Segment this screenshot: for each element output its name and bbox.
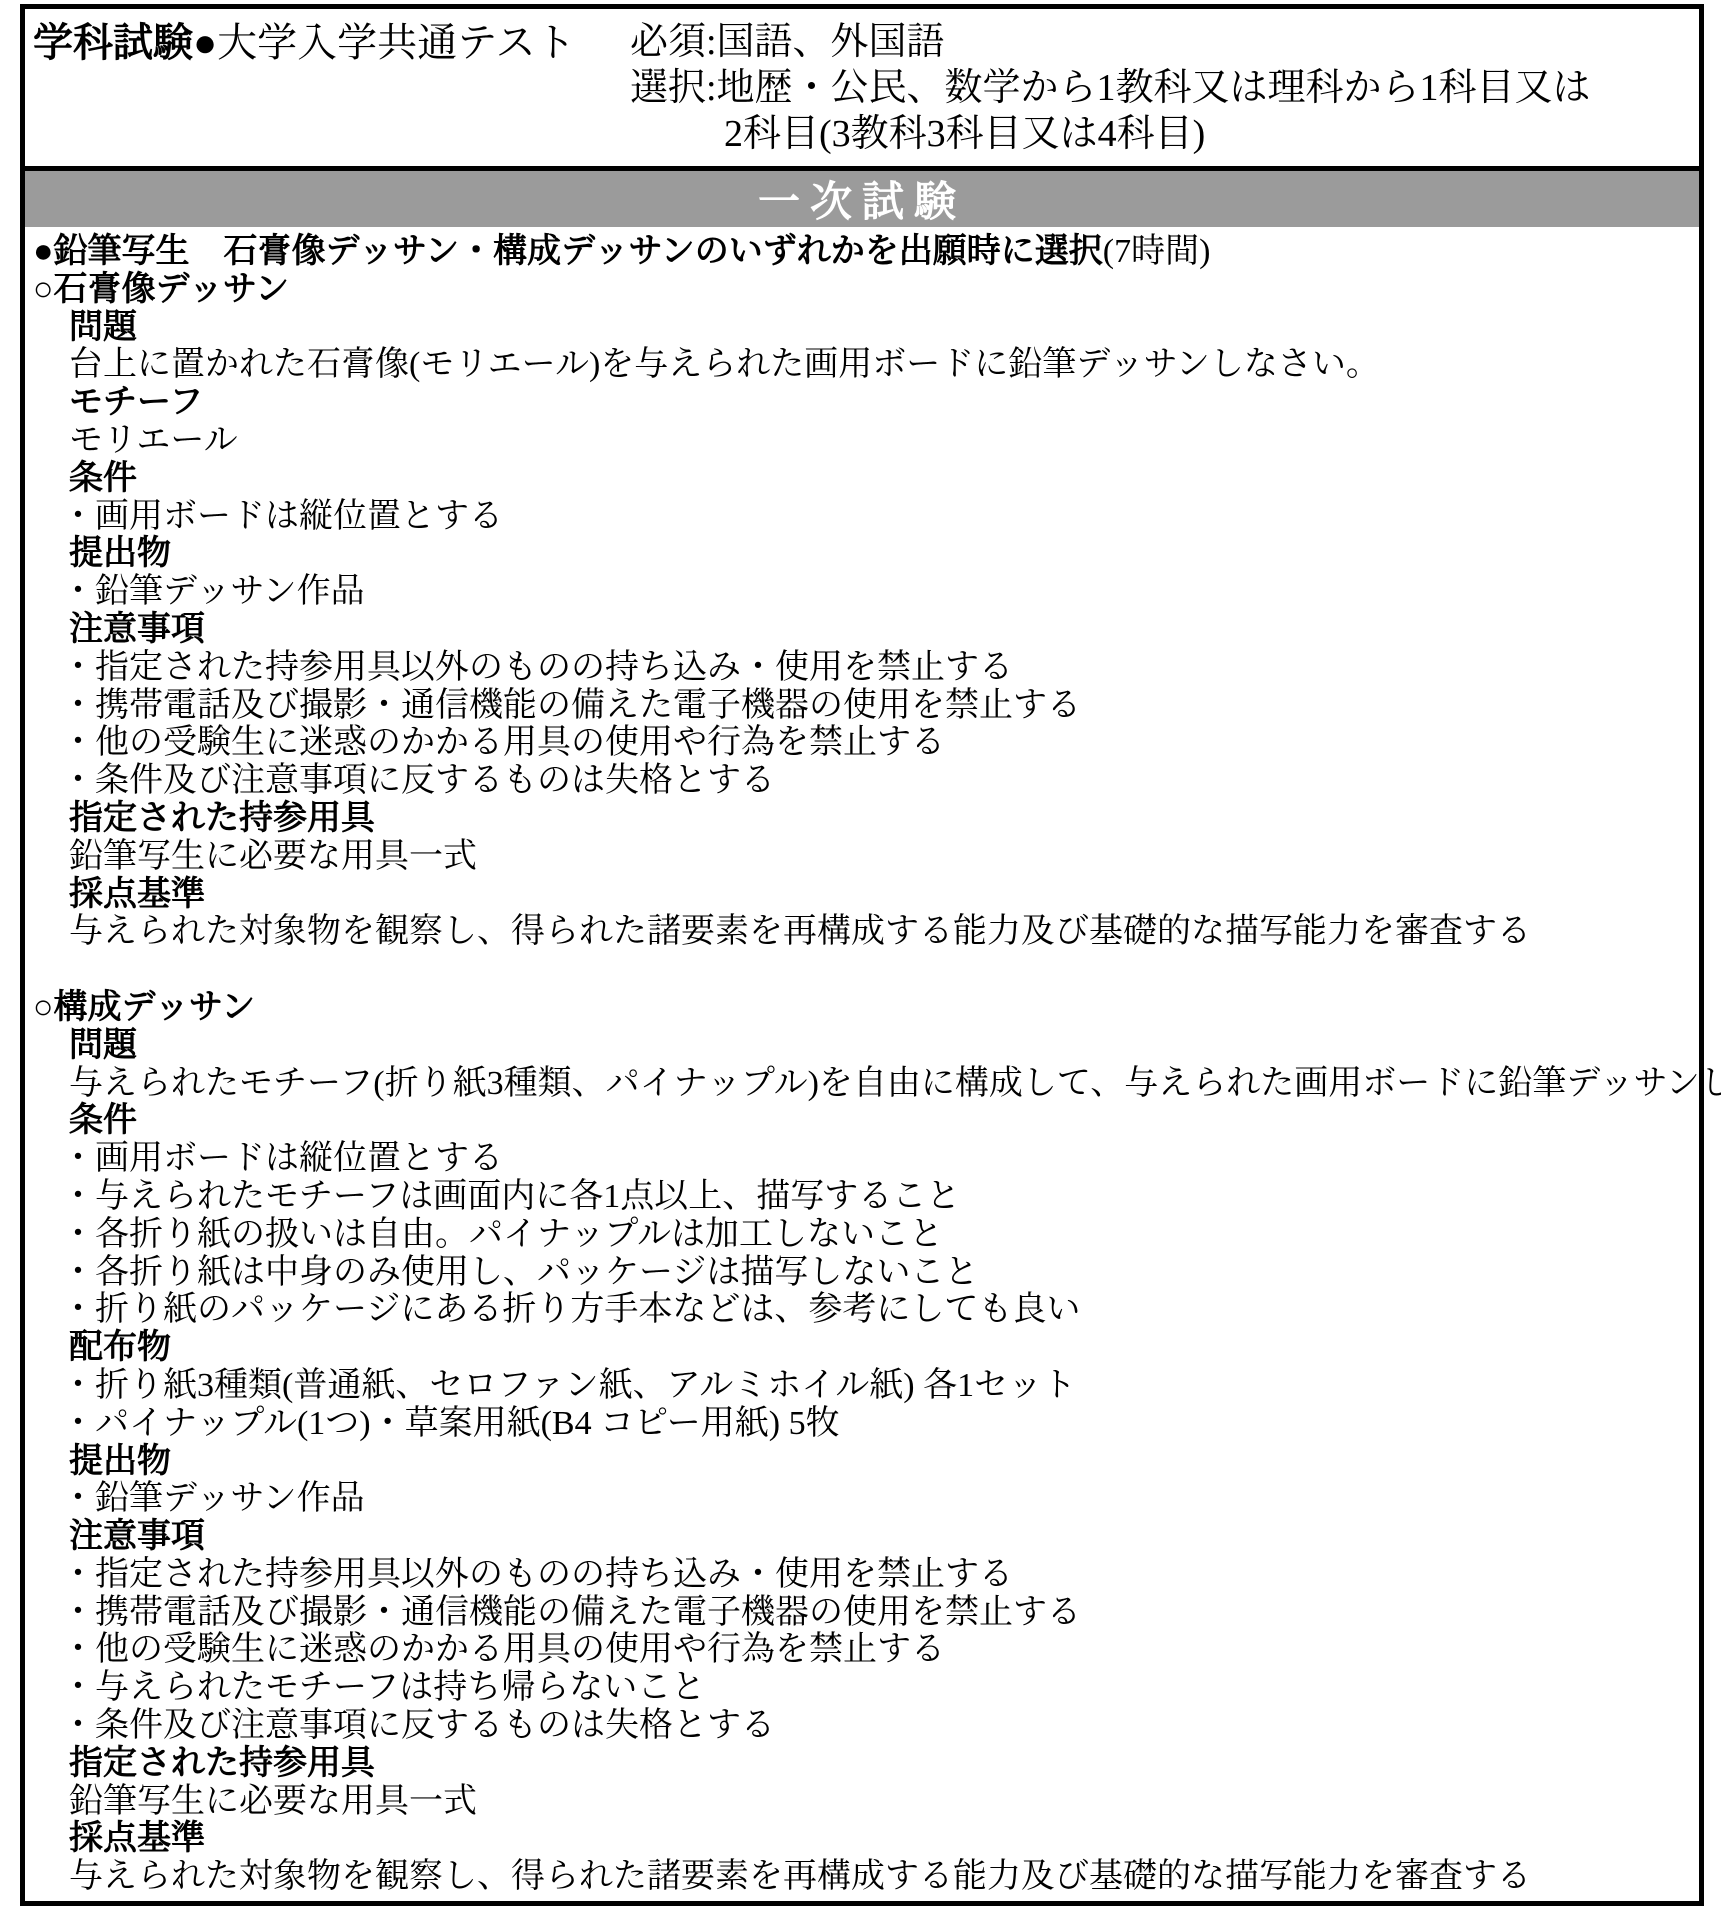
bullet-item: ・画用ボードは縦位置とする bbox=[33, 1140, 1691, 1178]
plaster-tools-text: 鉛筆写生に必要な用具一式 bbox=[33, 838, 1691, 876]
plaster-conditions-label: 条件 bbox=[33, 460, 1691, 498]
composition-notes-label: 注意事項 bbox=[33, 1518, 1691, 1556]
plaster-motif-text: モリエール bbox=[33, 422, 1691, 460]
composition-submissions-label: 提出物 bbox=[33, 1443, 1691, 1481]
plaster-submissions-label: 提出物 bbox=[33, 535, 1691, 573]
bullet-item: ・鉛筆デッサン作品 bbox=[33, 573, 1691, 611]
composition-tools-text: 鉛筆写生に必要な用具一式 bbox=[33, 1783, 1691, 1821]
plaster-tools-label: 指定された持参用具 bbox=[33, 800, 1691, 838]
composition-problem-label: 問題 bbox=[33, 1027, 1691, 1065]
composition-problem-text: 与えられたモチーフ(折り紙3種類、パイナップル)を自由に構成して、与えられた画用… bbox=[33, 1065, 1691, 1103]
exam-document: 学科試験●大学入学共通テスト 必須:国語、外国語 選択:地歴・公民、数学から1教… bbox=[20, 4, 1704, 1906]
pencil-sketch-intro-main: ●鉛筆写生 石膏像デッサン・構成デッサンのいずれかを出願時に選択 bbox=[33, 232, 1103, 270]
bullet-item: ・鉛筆デッサン作品 bbox=[33, 1480, 1691, 1518]
composition-section-title: ○構成デッサン bbox=[33, 989, 1691, 1027]
exam-content: ●鉛筆写生 石膏像デッサン・構成デッサンのいずれかを出願時に選択(7時間) ○石… bbox=[25, 227, 1699, 1896]
bullet-item: ・他の受験生に迷惑のかかる用具の使用や行為を禁止する bbox=[33, 1631, 1691, 1669]
subject-requirements: 必須:国語、外国語 選択:地歴・公民、数学から1教科又は理科から1科目又は 2科… bbox=[630, 19, 1591, 157]
plaster-motif-label: モチーフ bbox=[33, 384, 1691, 422]
bullet-item: ・各折り紙は中身のみ使用し、パッケージは描写しないこと bbox=[33, 1254, 1691, 1292]
common-test-name: 大学入学共通テスト bbox=[217, 20, 575, 65]
bullet-item: ・条件及び注意事項に反するものは失格とする bbox=[33, 762, 1691, 800]
bullet-circle-icon: ● bbox=[193, 20, 217, 65]
plaster-notes-label: 注意事項 bbox=[33, 611, 1691, 649]
composition-handouts-label: 配布物 bbox=[33, 1329, 1691, 1367]
bullet-item: ・条件及び注意事項に反するものは失格とする bbox=[33, 1707, 1691, 1745]
composition-grading-label: 採点基準 bbox=[33, 1820, 1691, 1858]
academic-test-title: 学科試験●大学入学共通テスト bbox=[33, 19, 630, 67]
pencil-sketch-intro: ●鉛筆写生 石膏像デッサン・構成デッサンのいずれかを出願時に選択(7時間) bbox=[33, 233, 1691, 271]
composition-conditions-label: 条件 bbox=[33, 1102, 1691, 1140]
plaster-section-title: ○石膏像デッサン bbox=[33, 271, 1691, 309]
bullet-item: ・指定された持参用具以外のものの持ち込み・使用を禁止する bbox=[33, 649, 1691, 687]
composition-grading-text: 与えられた対象物を観察し、得られた諸要素を再構成する能力及び基礎的な描写能力を審… bbox=[33, 1858, 1691, 1896]
bullet-item: ・携帯電話及び撮影・通信機能の備えた電子機器の使用を禁止する bbox=[33, 1594, 1691, 1632]
academic-test-row: 学科試験●大学入学共通テスト 必須:国語、外国語 選択:地歴・公民、数学から1教… bbox=[25, 9, 1699, 166]
elective-subjects-line2: 2科目(3教科3科目又は4科目) bbox=[724, 111, 1591, 157]
plaster-problem-label: 問題 bbox=[33, 309, 1691, 347]
plaster-grading-label: 採点基準 bbox=[33, 876, 1691, 914]
bullet-item: ・与えられたモチーフは画面内に各1点以上、描写すること bbox=[33, 1178, 1691, 1216]
bullet-item: ・折り紙のパッケージにある折り方手本などは、参考にしても良い bbox=[33, 1291, 1691, 1329]
academic-test-label: 学科試験 bbox=[33, 21, 193, 65]
section-gap bbox=[33, 951, 1691, 989]
required-subjects: 必須:国語、外国語 bbox=[630, 19, 1591, 65]
plaster-problem-text: 台上に置かれた石膏像(モリエール)を与えられた画用ボードに鉛筆デッサンしなさい。 bbox=[33, 346, 1691, 384]
bullet-item: ・折り紙3種類(普通紙、セロファン紙、アルミホイル紙) 各1セット bbox=[33, 1367, 1691, 1405]
first-exam-banner-label: 一次試験 bbox=[758, 169, 966, 229]
bullet-item: ・指定された持参用具以外のものの持ち込み・使用を禁止する bbox=[33, 1556, 1691, 1594]
pencil-sketch-duration: (7時間) bbox=[1103, 233, 1211, 270]
composition-tools-label: 指定された持参用具 bbox=[33, 1745, 1691, 1783]
first-exam-banner: 一次試験 bbox=[25, 166, 1699, 227]
bullet-item: ・各折り紙の扱いは自由。パイナップルは加工しないこと bbox=[33, 1216, 1691, 1254]
plaster-grading-text: 与えられた対象物を観察し、得られた諸要素を再構成する能力及び基礎的な描写能力を審… bbox=[33, 913, 1691, 951]
bullet-item: ・画用ボードは縦位置とする bbox=[33, 498, 1691, 536]
bullet-item: ・携帯電話及び撮影・通信機能の備えた電子機器の使用を禁止する bbox=[33, 687, 1691, 725]
elective-subjects-line1: 選択:地歴・公民、数学から1教科又は理科から1科目又は bbox=[630, 65, 1591, 111]
bullet-item: ・パイナップル(1つ)・草案用紙(B4 コピー用紙) 5牧 bbox=[33, 1405, 1691, 1443]
bullet-item: ・与えられたモチーフは持ち帰らないこと bbox=[33, 1669, 1691, 1707]
bullet-item: ・他の受験生に迷惑のかかる用具の使用や行為を禁止する bbox=[33, 724, 1691, 762]
